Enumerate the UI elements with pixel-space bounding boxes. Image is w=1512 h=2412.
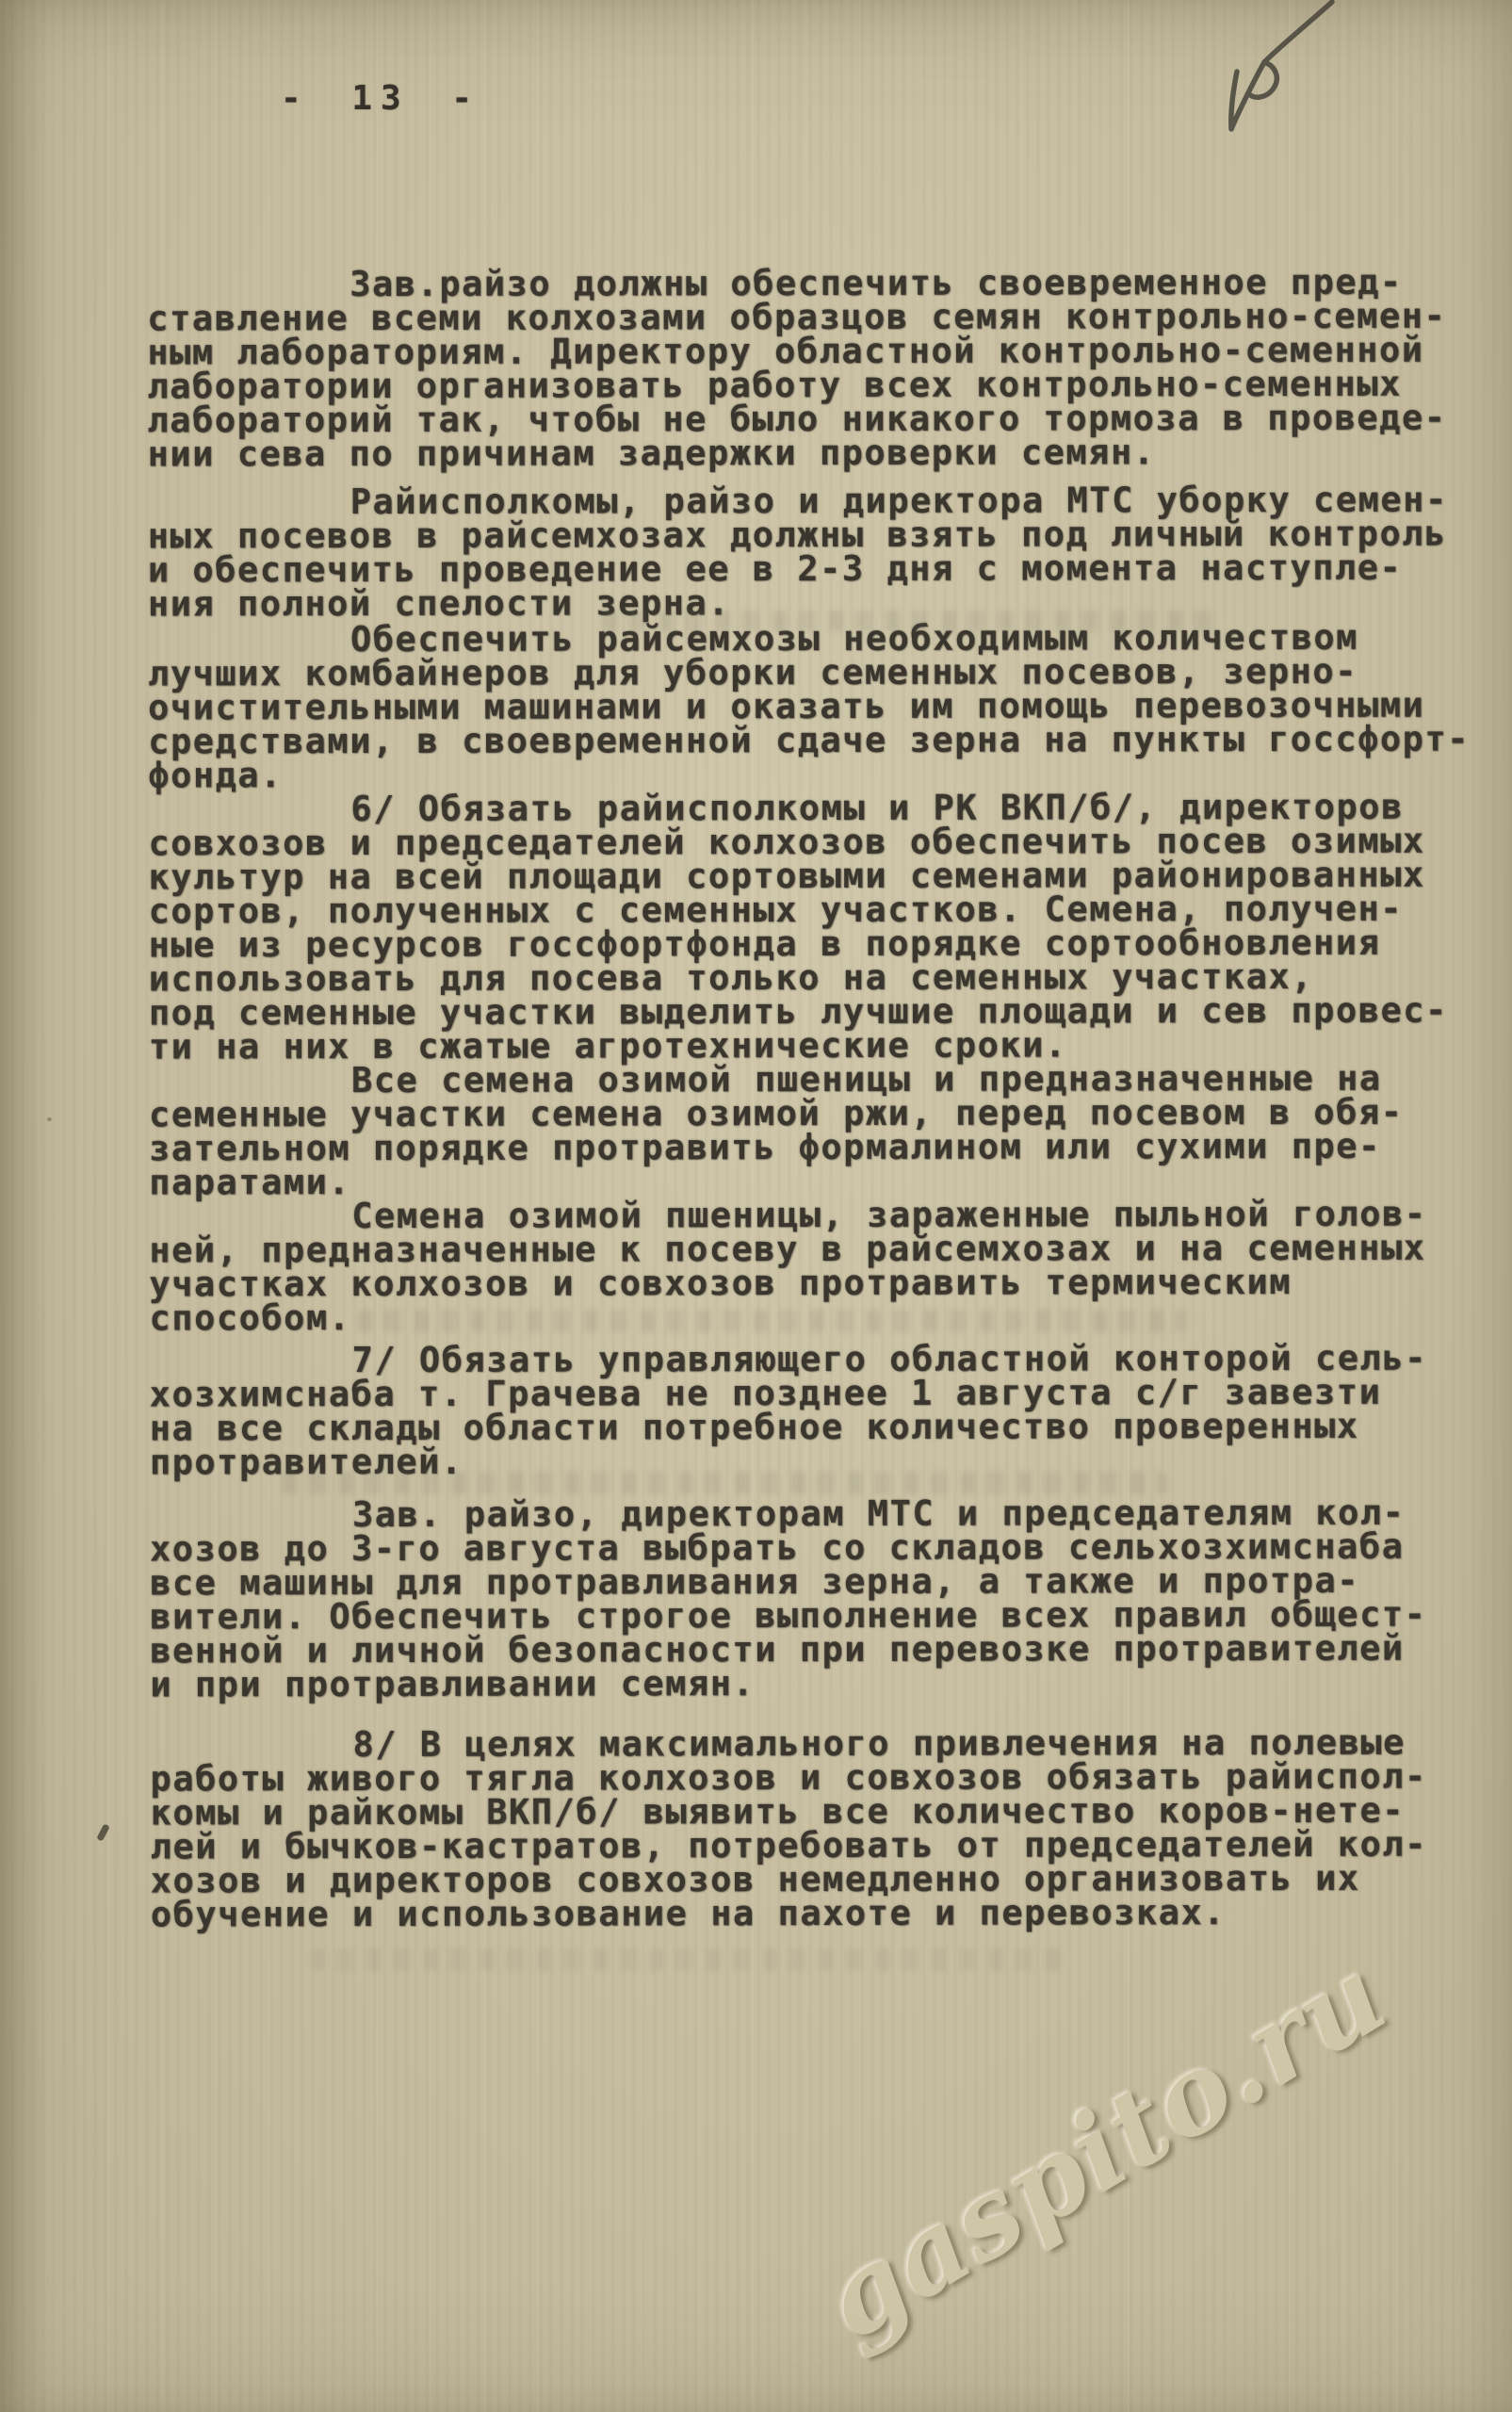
paragraph-point-8: 8/ В целях максимального привлечения на … — [150, 1725, 1506, 1931]
document-page: - 13 - Зав.райзо должны обеспечить своев… — [0, 0, 1512, 2412]
handwritten-stroke — [1231, 62, 1277, 129]
document-body: Зав.райзо должны обеспечить своевременно… — [147, 265, 1507, 1931]
page-number: - 13 - — [281, 79, 480, 118]
paragraph-intro-labs: Зав.райзо должны обеспечить своевременно… — [147, 265, 1504, 471]
paragraph-harvest-control: Райисполкомы, райзо и директора МТС убор… — [148, 482, 1504, 621]
paragraph-point-7: 7/ Обязать управляющего областной контор… — [150, 1341, 1506, 1479]
paragraph-combine-operators: Обеспечить райсемхозы необходимым количе… — [148, 620, 1504, 792]
ink-speck — [47, 1117, 52, 1121]
handwritten-stroke — [1264, 2, 1332, 62]
handwritten-page-mark — [1204, 0, 1364, 155]
paragraph-thermal-treatment: Семена озимой пшеницы, зараженные пыльно… — [149, 1197, 1505, 1335]
ink-speck — [96, 1823, 110, 1841]
watermark: gaspito.ru — [801, 1887, 1479, 2364]
bleedthrough-ghost — [311, 1948, 1065, 1971]
paragraph-winter-wheat-seeds: Все семена озимой пшеницы и предназначен… — [149, 1061, 1505, 1199]
paragraph-point-6: 6/ Обязать райисполкомы и РК ВКП/б/, дир… — [148, 790, 1505, 1064]
paragraph-chemical-supply: Зав. райзо, директорам МТС и председател… — [150, 1495, 1506, 1702]
